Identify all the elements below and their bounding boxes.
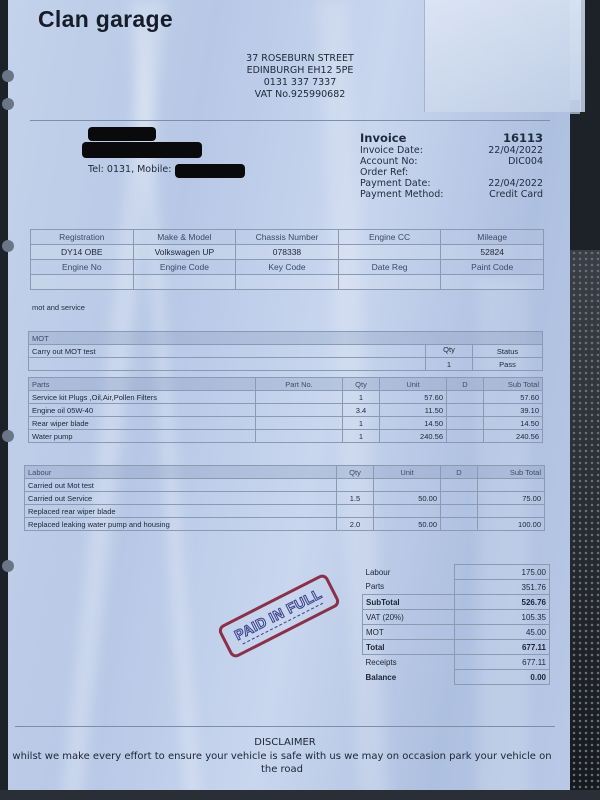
labour-table: Labour Qty Unit D Sub Total Carried out …	[24, 465, 545, 531]
totals-subtotal: SubTotal526.76	[363, 595, 550, 610]
totals-receipts: Receipts677.11	[363, 655, 550, 670]
mot-qty: 1	[426, 358, 473, 371]
address-line: 37 ROSEBURN STREET	[215, 53, 385, 65]
invoice-number: 16113	[503, 132, 543, 145]
totals-labour: Labour175.00	[363, 565, 550, 580]
redacted-customer-address	[82, 142, 202, 158]
vehicle-value-row-1: DY14 OBE Volkswagen UP 078338 52824	[31, 245, 544, 260]
engine-cc-value	[338, 245, 441, 260]
footer-divider	[15, 726, 555, 727]
totals-total: Total677.11	[363, 640, 550, 655]
invoice-date-row: Invoice Date: 22/04/2022	[360, 145, 543, 156]
vehicle-table: Registration Make & Model Chassis Number…	[30, 229, 544, 290]
parts-row: Rear wiper blade 1 14.50 14.50	[29, 417, 543, 430]
mileage-value: 52824	[441, 245, 544, 260]
address-line: EDINBURGH EH12 5PE	[215, 65, 385, 77]
account-no-row: Account No: DIC004	[360, 156, 543, 167]
vehicle-header-row-2: Engine No Engine Code Key Code Date Reg …	[31, 260, 544, 275]
receipt-overlay	[424, 0, 585, 112]
labour-section-label: Labour	[25, 466, 337, 479]
make-model-value: Volkswagen UP	[133, 245, 236, 260]
labour-row: Carried out Mot test	[25, 479, 545, 492]
invoice-details: Invoice 16113 Invoice Date: 22/04/2022 A…	[360, 132, 543, 200]
company-address: 37 ROSEBURN STREET EDINBURGH EH12 5PE 01…	[215, 53, 385, 101]
company-phone: 0131 337 7337	[215, 77, 385, 89]
customer-tel-label: Tel: 0131, Mobile:	[88, 164, 171, 175]
parts-section-label: Parts	[29, 378, 256, 391]
parts-table: Parts Part No. Qty Unit D Sub Total Serv…	[28, 377, 543, 443]
disclaimer-title: DISCLAIMER	[0, 737, 570, 748]
mot-item-description: Carry out MOT test	[29, 345, 426, 358]
chassis-value: 078338	[236, 245, 339, 260]
labour-row: Replaced leaking water pump and housing …	[25, 518, 545, 531]
mot-table: MOT Carry out MOT test Qty Status 1 Pass	[28, 331, 543, 371]
redacted-customer-name	[88, 127, 156, 141]
totals-mot: MOT45.00	[363, 625, 550, 640]
mot-status-header: Status	[473, 345, 543, 358]
totals-parts: Parts351.76	[363, 580, 550, 595]
mot-qty-header: Qty	[426, 345, 473, 358]
labour-row: Replaced rear wiper blade	[25, 505, 545, 518]
totals-balance: Balance0.00	[363, 670, 550, 685]
parts-row: Engine oil 05W-40 3.4 11.50 39.10	[29, 404, 543, 417]
registration-value: DY14 OBE	[31, 245, 134, 260]
order-ref-row: Order Ref:	[360, 167, 543, 178]
totals-table: Labour175.00 Parts351.76 SubTotal526.76 …	[362, 564, 550, 685]
totals-vat: VAT (20%)105.35	[363, 610, 550, 625]
vat-number: VAT No.925990682	[215, 89, 385, 101]
vehicle-value-row-2	[31, 275, 544, 290]
parts-row: Water pump 1 240.56 240.56	[29, 430, 543, 443]
labour-row: Carried out Service 1.5 50.00 75.00	[25, 492, 545, 505]
vehicle-header-row-1: Registration Make & Model Chassis Number…	[31, 230, 544, 245]
payment-date-row: Payment Date: 22/04/2022	[360, 178, 543, 189]
bottom-edge	[0, 790, 600, 800]
car-seat-background	[565, 250, 600, 800]
mot-status: Pass	[473, 358, 543, 371]
header-divider	[30, 120, 550, 121]
company-name: Clan garage	[38, 6, 173, 33]
mot-section-label: MOT	[29, 332, 543, 345]
disclaimer-text: whilst we make every effort to ensure yo…	[12, 751, 552, 776]
redacted-customer-mobile	[175, 164, 245, 178]
payment-method-row: Payment Method: Credit Card	[360, 189, 543, 200]
parts-row: Service kit Plugs ,Oil,Air,Pollen Filter…	[29, 391, 543, 404]
invoice-title: Invoice	[360, 132, 406, 145]
job-description: mot and service	[32, 303, 85, 312]
